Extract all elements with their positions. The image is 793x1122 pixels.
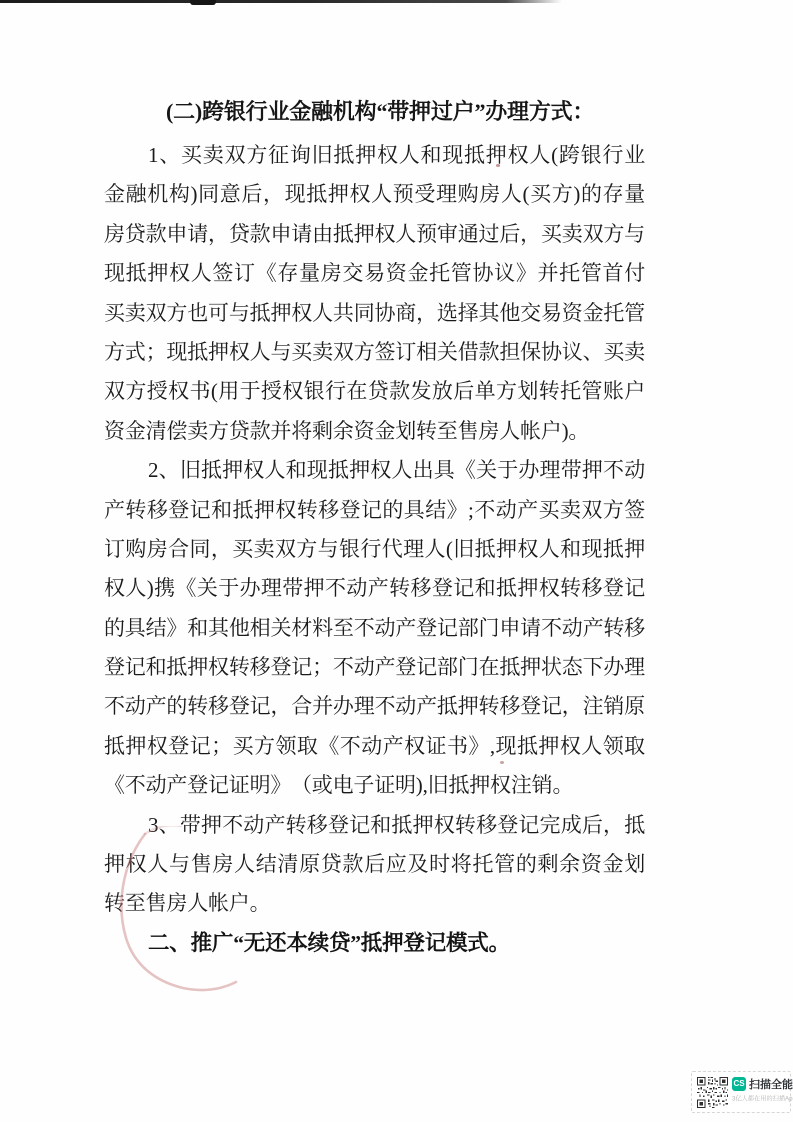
text-line: 抵押权登记；买方领取《不动产权证书》,现抵押权人领取 <box>104 727 645 766</box>
text-line: 《不动产登记证明》 （或电子证明),旧抵押权注销。 <box>104 766 645 805</box>
section-heading: (二)跨银行业金融机构“带押过户”办理方式： <box>104 92 649 132</box>
text-line: 产转移登记和抵押权转移登记的具结》;不动产买卖双方签 <box>104 491 645 530</box>
watermark-text-block: CS 扫描全能王 3亿人都在用的扫描App <box>732 1076 786 1108</box>
watermark-app-name: 扫描全能王 <box>749 1076 793 1092</box>
text-line: 房贷款申请，贷款申请由抵押权人预审通过后，买卖双方与 <box>104 215 645 254</box>
watermark-tagline: 3亿人都在用的扫描App <box>732 1093 786 1102</box>
text-line: 3、带押不动产转移登记和抵押权转移登记完成后，抵 <box>104 806 645 845</box>
text-line: 现抵押权人签订《存量房交易资金托管协议》并托管首付款， <box>104 254 645 293</box>
qr-code-icon <box>697 1077 728 1108</box>
camscanner-logo-icon: CS <box>732 1077 746 1091</box>
text-line: 的具结》和其他相关材料至不动产登记部门申请不动产转移 <box>104 609 645 648</box>
text-line: 登记和抵押权转移登记；不动产登记部门在抵押状态下办理 <box>104 648 645 687</box>
scan-speck <box>496 164 500 167</box>
text-line: 订购房合同，买卖双方与银行代理人(旧抵押权人和现抵押 <box>104 530 645 569</box>
scan-edge-artifact <box>0 0 562 3</box>
text-line: 二、推广“无还本续贷”抵押登记模式。 <box>104 924 645 963</box>
text-line: 不动产的转移登记，合并办理不动产抵押转移登记，注销原 <box>104 687 645 726</box>
scanned-document-page: (二)跨银行业金融机构“带押过户”办理方式： 1、买卖双方征询旧抵押权人和现抵押… <box>0 0 793 1122</box>
scan-speck <box>500 761 504 764</box>
document-body: 1、买卖双方征询旧抵押权人和现抵押权人(跨银行业金融机构)同意后，现抵押权人预受… <box>104 136 645 963</box>
text-line: 买卖双方也可与抵押权人共同协商，选择其他交易资金托管 <box>104 294 645 333</box>
text-line: 转至售房人帐户。 <box>104 884 645 923</box>
text-line: 1、买卖双方征询旧抵押权人和现抵押权人(跨银行业 <box>104 136 645 175</box>
scan-speck <box>589 263 592 266</box>
text-line: 2、旧抵押权人和现抵押权人出具《关于办理带押不动 <box>104 451 645 490</box>
text-line: 方式；现抵押权人与买卖双方签订相关借款担保协议、买卖 <box>104 333 645 372</box>
camscanner-watermark: CS 扫描全能王 3亿人都在用的扫描App <box>691 1071 791 1113</box>
text-line: 权人)携《关于办理带押不动产转移登记和抵押权转移登记 <box>104 569 645 608</box>
text-line: 双方授权书(用于授权银行在贷款发放后单方划转托管账户 <box>104 372 645 411</box>
text-line: 资金清偿卖方贷款并将剩余资金划转至售房人帐户)。 <box>104 412 645 451</box>
text-line: 押权人与售房人结清原贷款后应及时将托管的剩余资金划 <box>104 845 645 884</box>
text-line: 金融机构)同意后，现抵押权人预受理购房人(买方)的存量 <box>104 175 645 214</box>
scan-edge-blob <box>190 0 216 5</box>
